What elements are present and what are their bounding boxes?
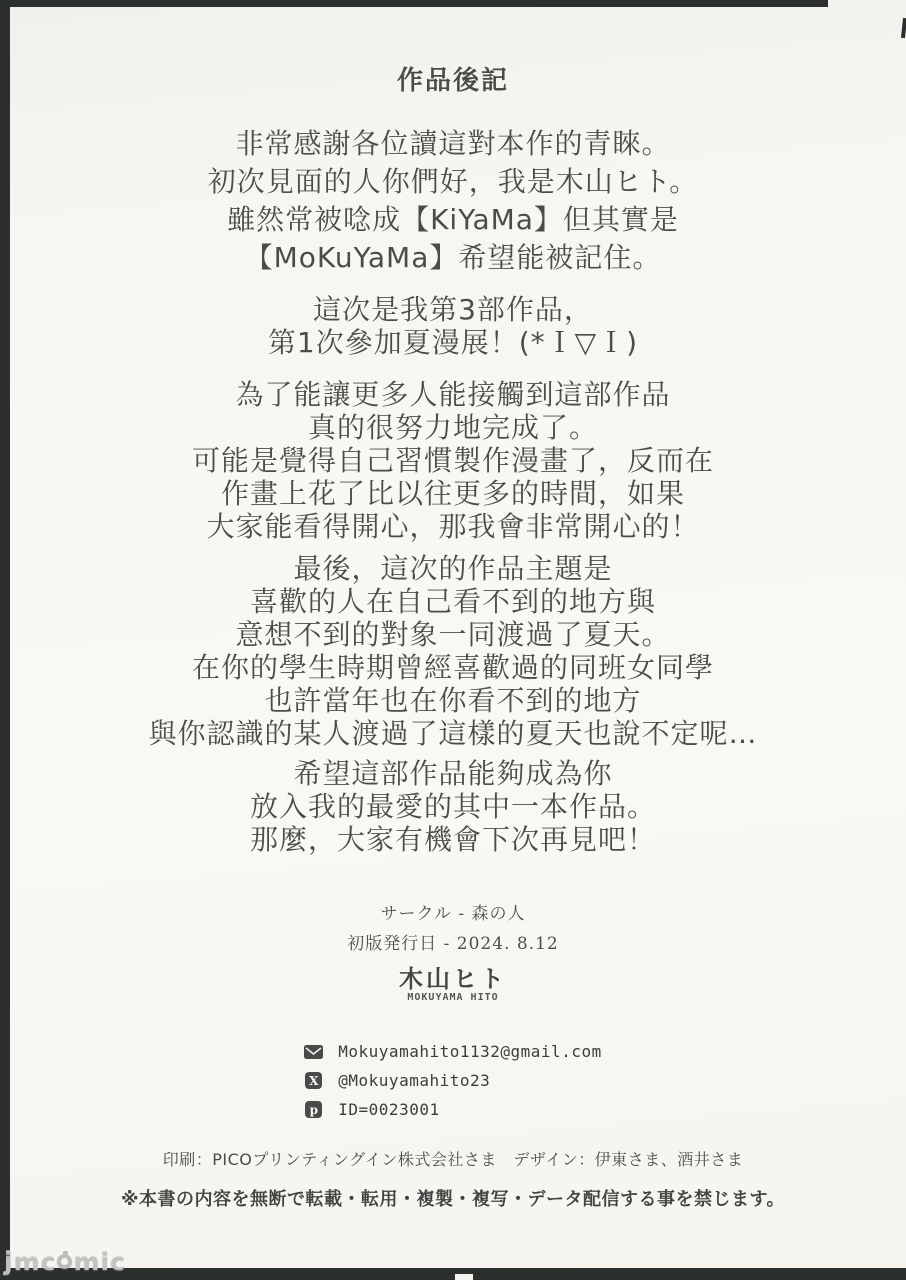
contact-row-pixiv: p ID=0023001 — [304, 1095, 601, 1124]
afterword-line: 在你的學生時期曾經喜歡過的同班女同學 — [0, 651, 906, 684]
jmcomic-watermark: jmc mic — [4, 1247, 126, 1276]
scan-border-corner-sliver — [901, 18, 906, 38]
afterword-paragraph: 這次是我第3部作品， 第1次參加夏漫展！(*Ｉ▽Ｉ) — [0, 293, 906, 359]
afterword-line: 大家能看得開心，那我會非常開心的！ — [0, 510, 906, 543]
afterword-line: 可能是覺得自己習慣製作漫畫了，反而在 — [0, 444, 906, 477]
scan-border-top — [0, 0, 828, 7]
x-twitter-icon: X — [304, 1072, 323, 1089]
scan-border-bottom — [0, 1268, 906, 1280]
author-name: 木山ヒト — [0, 966, 906, 992]
afterword-line: 【MoKuYaMa】希望能被記住。 — [0, 239, 906, 277]
mail-icon — [304, 1045, 323, 1059]
afterword-paragraph: 希望這部作品能夠成為你 放入我的最愛的其中一本作品。 那麼，大家有機會下次再見吧… — [0, 757, 906, 856]
scanned-page: 作品後記 非常感謝各位讀這對本作的青睞。 初次見面的人你們好，我是木山ヒト。 雖… — [0, 0, 906, 1280]
author-name-romaji: MOKUYAMA HITO — [0, 992, 906, 1004]
afterword-line: 喜歡的人在自己看不到的地方與 — [0, 585, 906, 618]
watermark-text-right: mic — [73, 1247, 125, 1276]
afterword-line: 雖然常被唸成【KiYaMa】但其實是 — [0, 201, 906, 239]
afterword-line: 作畫上花了比以往更多的時間，如果 — [0, 477, 906, 510]
afterword-content: 作品後記 非常感謝各位讀這對本作的青睞。 初次見面的人你們好，我是木山ヒト。 雖… — [0, 0, 906, 1280]
scan-border-left — [0, 0, 10, 1280]
afterword-line: 非常感謝各位讀這對本作的青睞。 — [0, 125, 906, 163]
afterword-paragraph: 為了能讓更多人能接觸到這部作品 真的很努力地完成了。 可能是覺得自己習慣製作漫畫… — [0, 378, 906, 543]
afterword-line: 放入我的最愛的其中一本作品。 — [0, 790, 906, 823]
circle-name: サークル - 森の人 — [0, 899, 906, 929]
colophon: サークル - 森の人 初版発行日 - 2024. 8.12 — [0, 899, 906, 959]
afterword-line: 第1次參加夏漫展！(*Ｉ▽Ｉ) — [0, 326, 906, 359]
email-address: Mokuyamahito1132@gmail.com — [338, 1042, 601, 1061]
afterword-line: 真的很努力地完成了。 — [0, 411, 906, 444]
watermark-text-left: jmc — [4, 1247, 56, 1276]
afterword-line: 這次是我第3部作品， — [0, 293, 906, 326]
page-title: 作品後記 — [0, 0, 906, 97]
watermark-o-logo-icon — [57, 1254, 72, 1269]
afterword-line: 初次見面的人你們好，我是木山ヒト。 — [0, 163, 906, 201]
contact-row-email: Mokuyamahito1132@gmail.com — [304, 1037, 601, 1066]
afterword-line: 為了能讓更多人能接觸到這部作品 — [0, 378, 906, 411]
printing-design-credits: 印刷：PICOプリンティングイン株式会社さま デザイン：伊東さま、酒井さま — [0, 1150, 906, 1170]
pixiv-icon: p — [304, 1101, 323, 1118]
afterword-line: 意想不到的對象一同渡過了夏天。 — [0, 618, 906, 651]
afterword-line: 與你認識的某人渡過了這樣的夏天也說不定呢… — [0, 717, 906, 750]
contact-row-x: X @Mokuyamahito23 — [304, 1066, 601, 1095]
afterword-paragraph: 非常感謝各位讀這對本作的青睞。 初次見面的人你們好，我是木山ヒト。 雖然常被唸成… — [0, 125, 906, 277]
afterword-line: 那麼，大家有機會下次再見吧！ — [0, 823, 906, 856]
first-edition-date: 初版発行日 - 2024. 8.12 — [0, 929, 906, 959]
afterword-line: 希望這部作品能夠成為你 — [0, 757, 906, 790]
afterword-line: 最後，這次的作品主題是 — [0, 552, 906, 585]
copyright-notice: ※本書の内容を無断で転載・転用・複製・複写・データ配信する事を禁じます。 — [0, 1188, 906, 1212]
scan-border-notch — [455, 1274, 473, 1280]
pixiv-id: ID=0023001 — [338, 1100, 439, 1119]
contact-list: Mokuyamahito1132@gmail.com X @Mokuyamahi… — [304, 1037, 601, 1124]
afterword-line: 也許當年也在你看不到的地方 — [0, 684, 906, 717]
afterword-paragraph: 最後，這次的作品主題是 喜歡的人在自己看不到的地方與 意想不到的對象一同渡過了夏… — [0, 552, 906, 750]
x-handle: @Mokuyamahito23 — [338, 1071, 490, 1090]
author-block: 木山ヒト MOKUYAMA HITO — [0, 966, 906, 1004]
